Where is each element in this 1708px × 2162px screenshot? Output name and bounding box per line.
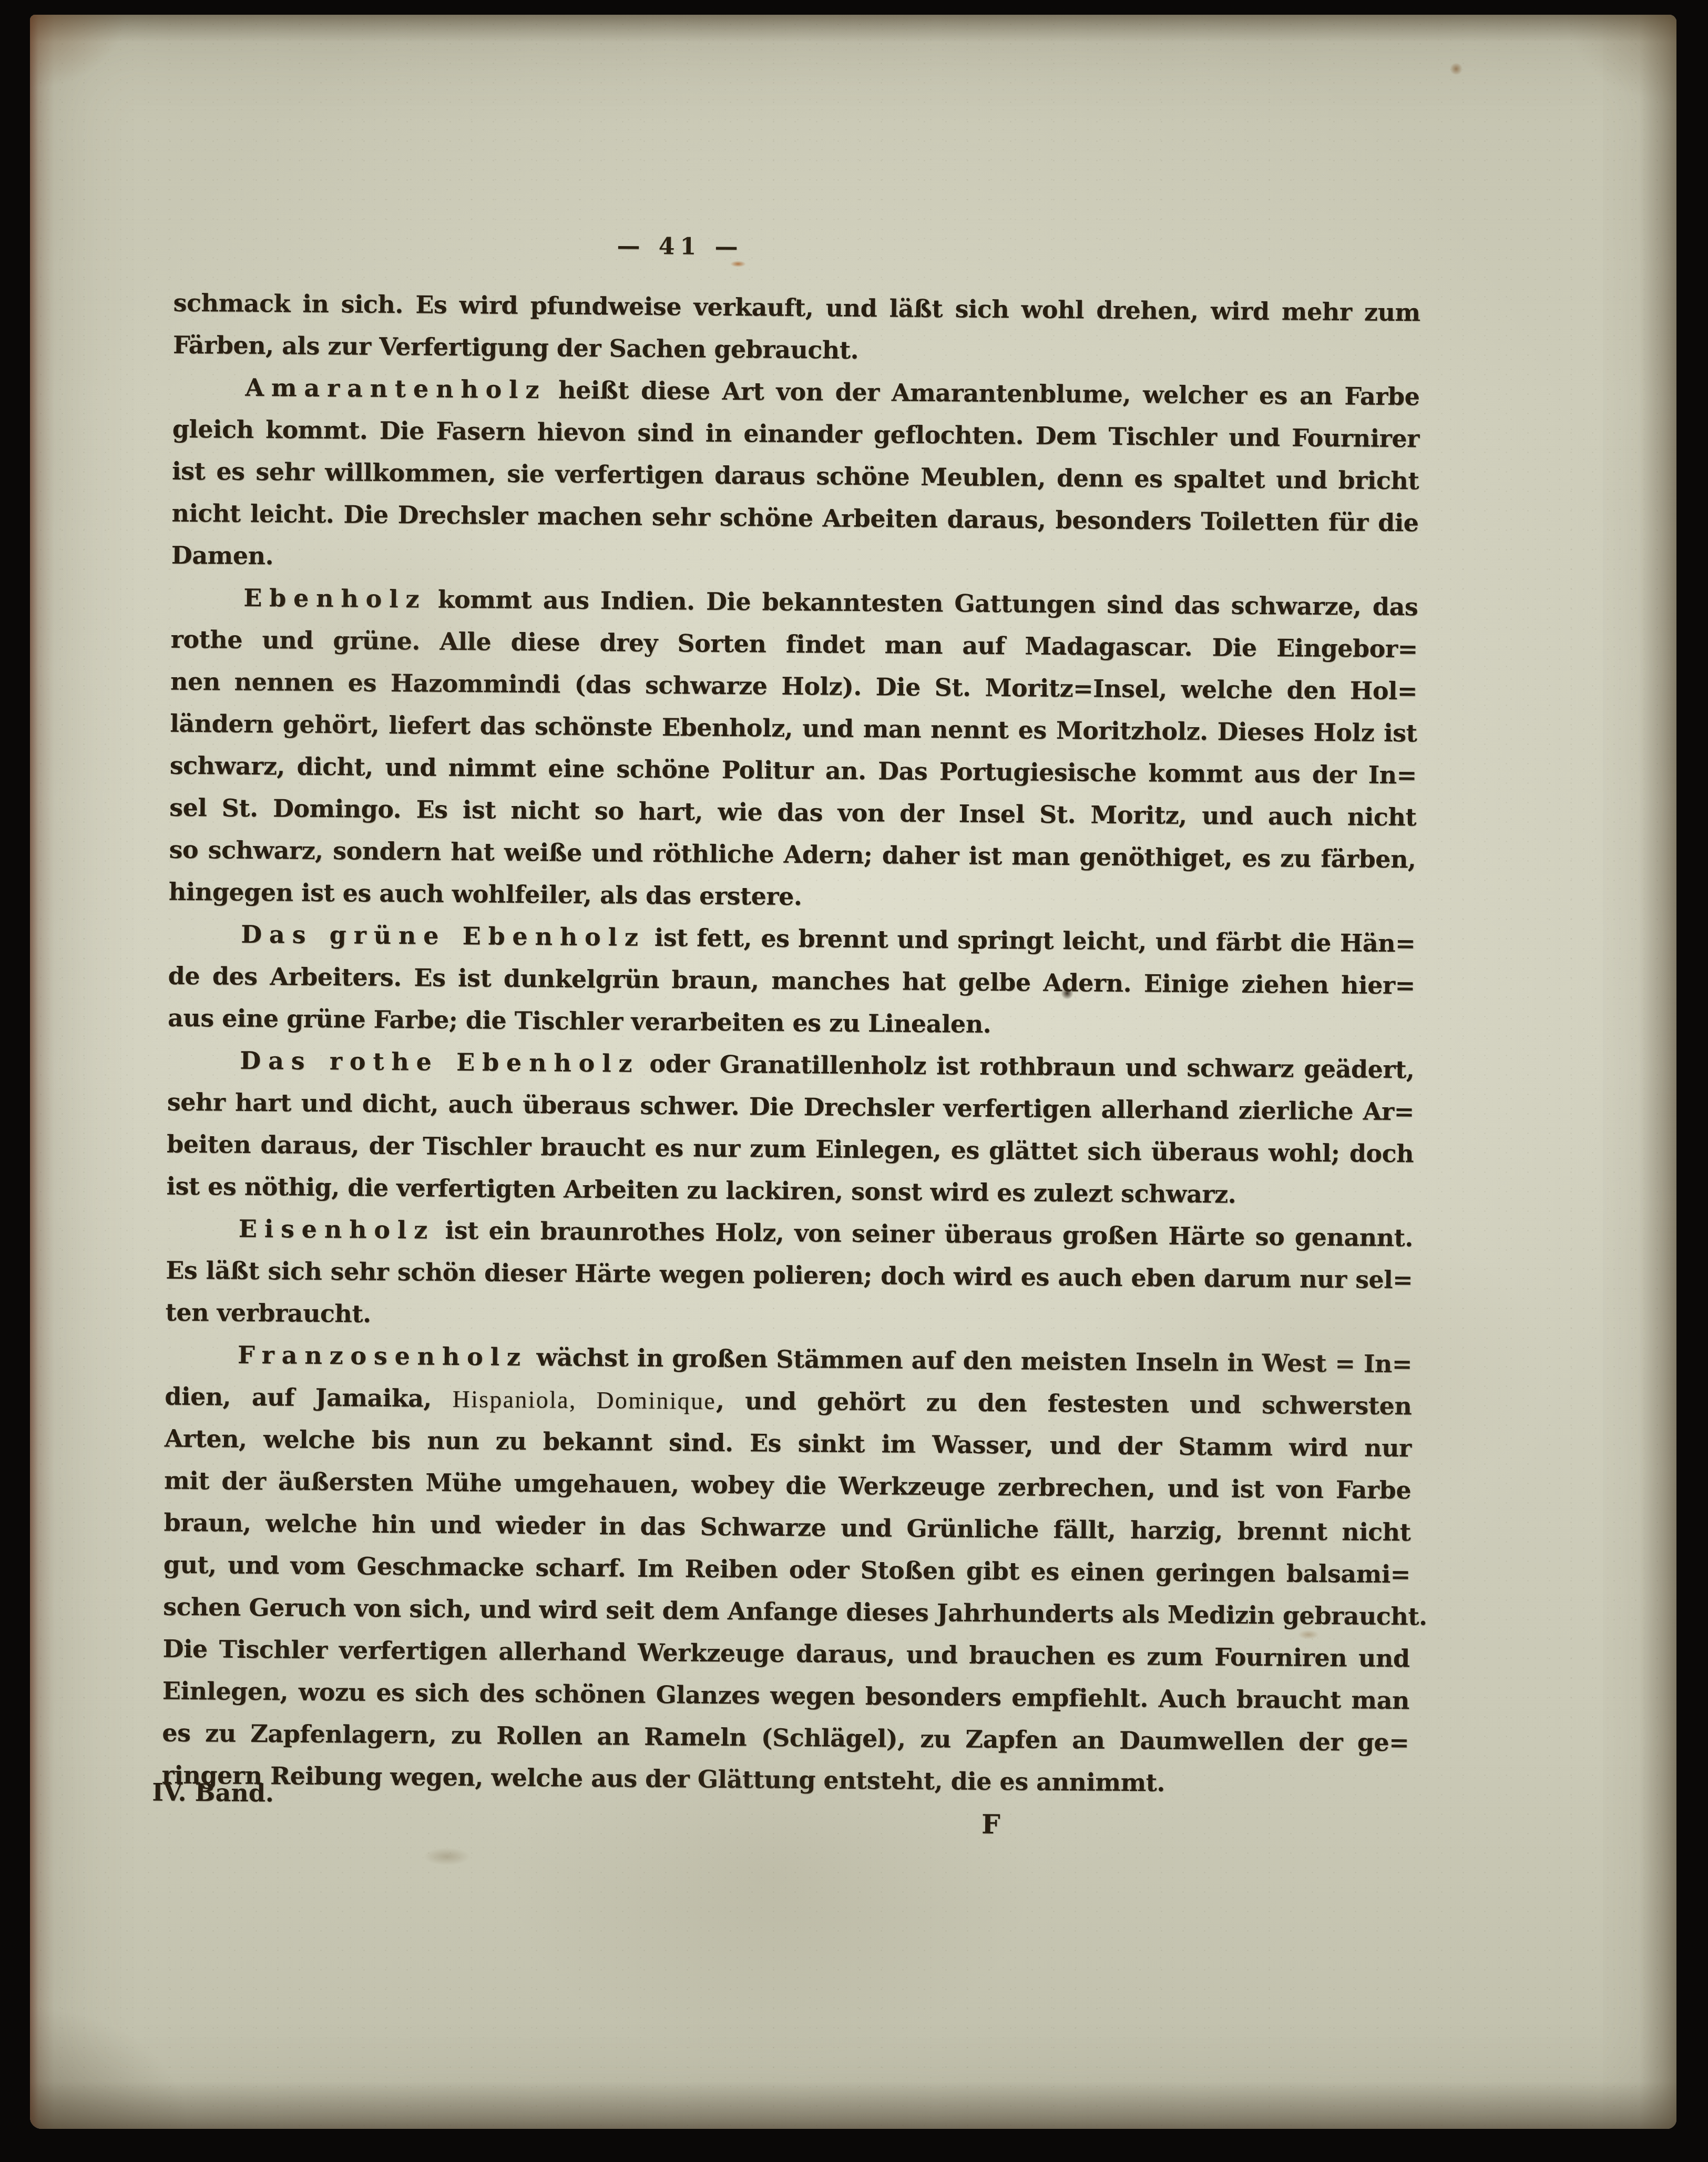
body-text: dien, auf Jamaika, bbox=[165, 1382, 453, 1413]
body-text: , und gehört zu den festesten und schwer… bbox=[716, 1386, 1412, 1420]
paper-stain bbox=[1449, 63, 1463, 75]
body-text: nen nennen es Hazommindi (das schwarze H… bbox=[170, 667, 1417, 706]
body-text: ist es nöthig, die verfertigten Arbeiten… bbox=[166, 1172, 1236, 1209]
body-text: so schwarz, sondern hat weiße und röthli… bbox=[169, 835, 1416, 874]
body-text: ist fett, es brennt und springt leicht, … bbox=[646, 923, 1416, 958]
body-text: wächst in großen Stämmen auf den meisten… bbox=[528, 1343, 1412, 1378]
body-text: mit der äußersten Mühe umgehauen, wobey … bbox=[164, 1466, 1411, 1505]
emphasized-word: Das rothe Ebenholz bbox=[240, 1046, 639, 1078]
body-text: beiten daraus, der Tischler braucht es n… bbox=[167, 1130, 1414, 1168]
antiqua-text: Hispaniola, Dominique bbox=[452, 1385, 716, 1414]
body-text: sehr hart und dicht, auch überaus schwer… bbox=[167, 1088, 1414, 1126]
body-text: schwarz, dicht, und nimmt eine schöne Po… bbox=[170, 751, 1417, 790]
body-text: Arten, welche bis nun zu bekannt sind. E… bbox=[165, 1424, 1412, 1463]
emphasized-word: Franzosenholz bbox=[238, 1341, 528, 1371]
body-text: nicht leicht. Die Drechsler machen sehr … bbox=[171, 499, 1418, 537]
body-text: ländern gehört, liefert das schönste Ebe… bbox=[170, 709, 1417, 748]
body-text: schmack in sich. Es wird pfundweise verk… bbox=[173, 289, 1420, 327]
body-text: Die Tischler verfertigen allerhand Werkz… bbox=[162, 1635, 1409, 1673]
body-text: oder Granatillenholz ist rothbraun und s… bbox=[639, 1049, 1415, 1084]
text-block: — 41 — schmack in sich. Es wird pfundwei… bbox=[161, 282, 1420, 1806]
volume-label: IV. Band. bbox=[152, 1778, 274, 1807]
paper-stain bbox=[423, 1848, 471, 1865]
book-page: — 41 — schmack in sich. Es wird pfundwei… bbox=[30, 15, 1676, 2129]
body-text: schen Geruch von sich, und wird seit dem… bbox=[163, 1593, 1427, 1631]
body-text: ist ein braunrothes Holz, von seiner übe… bbox=[435, 1216, 1413, 1252]
body-text: aus eine grüne Farbe; die Tischler verar… bbox=[168, 1004, 991, 1038]
emphasized-word: Das grüne Ebenholz bbox=[241, 920, 646, 952]
body-text: kommt aus Indien. Die bekanntesten Gattu… bbox=[426, 585, 1418, 621]
scan-black-frame: — 41 — schmack in sich. Es wird pfundwei… bbox=[0, 0, 1708, 2162]
body-text: de des Arbeiters. Es ist dunkelgrün brau… bbox=[168, 962, 1415, 1000]
body-text: gleich kommt. Die Fasern hievon sind in … bbox=[172, 415, 1419, 453]
paper-stain bbox=[730, 261, 746, 267]
body-text: braun, welche hin und wieder in das Schw… bbox=[163, 1508, 1410, 1547]
body-text: heißt diese Art von der Amarantenblume, … bbox=[546, 375, 1420, 411]
emphasized-word: Eisenholz bbox=[239, 1215, 435, 1245]
emphasized-word: Ebenholz bbox=[243, 584, 426, 614]
body-text: Einlegen, wozu es sich des schönen Glanz… bbox=[162, 1677, 1409, 1715]
catchword: F bbox=[981, 1809, 1000, 1840]
body-text: es zu Zapfenlagern, zu Rollen an Rameln … bbox=[162, 1719, 1409, 1757]
body-text: Es läßt sich sehr schön dieser Härte weg… bbox=[166, 1256, 1413, 1294]
body-text: ten verbraucht. bbox=[165, 1298, 371, 1328]
body-text: ist es sehr willkommen, sie verfertigen … bbox=[172, 457, 1419, 495]
body-text: sel St. Domingo. Es ist nicht so hart, w… bbox=[169, 793, 1416, 832]
body-text: ringern Reibung wegen, welche aus der Gl… bbox=[162, 1761, 1165, 1797]
body-text: rothe und grüne. Alle diese drey Sorten … bbox=[170, 625, 1417, 664]
emphasized-word: Amarantenholz bbox=[245, 373, 546, 404]
body-text: hingegen ist es auch wohlfeiler, als das… bbox=[169, 878, 802, 911]
text-lines: schmack in sich. Es wird pfundweise verk… bbox=[161, 282, 1420, 1806]
body-text: gut, und vom Geschmacke scharf. Im Reibe… bbox=[163, 1551, 1410, 1589]
page-number: — 41 — bbox=[575, 232, 785, 261]
body-text: Färben, als zur Verfertigung der Sachen … bbox=[173, 331, 858, 364]
body-text: Damen. bbox=[171, 541, 274, 570]
